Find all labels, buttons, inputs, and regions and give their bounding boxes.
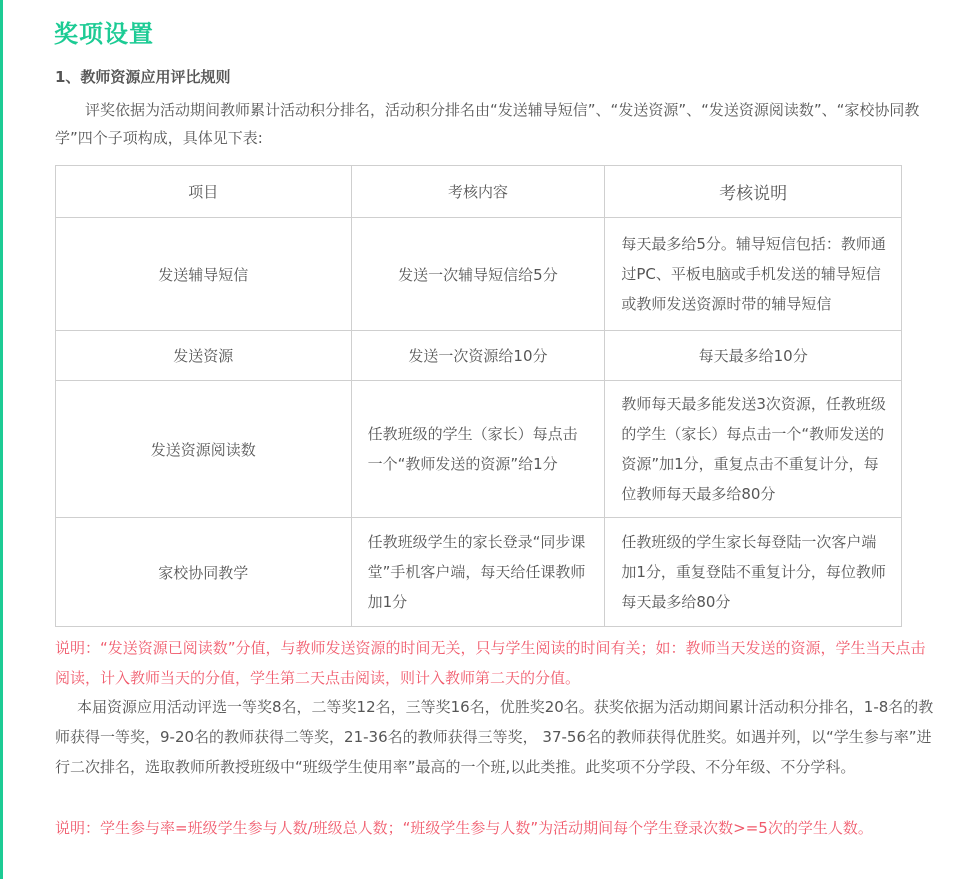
cell-content: 任教班级学生的家长登录“同步课堂”手机客户端，每天给任课教师加1分 — [351, 518, 605, 627]
cell-item: 家校协同教学 — [56, 518, 352, 627]
cell-item: 发送资源 — [56, 331, 352, 381]
cell-content: 发送一次辅导短信给5分 — [351, 218, 605, 331]
table-row: 发送辅导短信 发送一次辅导短信给5分 每天最多给5分。辅导短信包括：教师通过PC… — [56, 218, 902, 331]
section-heading: 1、教师资源应用评比规则 — [55, 66, 230, 88]
note-read-count: 说明：“发送资源已阅读数”分值，与教师发送资源的时间无关，只与学生阅读的时间有关… — [55, 633, 935, 693]
intro-paragraph: 评奖依据为活动期间教师累计活动积分排名，活动积分排名由“发送辅导短信”、“发送资… — [55, 96, 935, 152]
left-accent-bar — [0, 0, 3, 879]
header-content: 考核内容 — [351, 166, 605, 218]
cell-item: 发送资源阅读数 — [56, 381, 352, 518]
cell-content: 发送一次资源给10分 — [351, 331, 605, 381]
note-participation-rate: 说明：学生参与率=班级学生参与人数/班级总人数；“班级学生参与人数”为活动期间每… — [55, 813, 915, 843]
table-row: 发送资源阅读数 任教班级的学生（家长）每点击一个“教师发送的资源”给1分 教师每… — [56, 381, 902, 518]
table-row: 发送资源 发送一次资源给10分 每天最多给10分 — [56, 331, 902, 381]
cell-description: 每天最多给5分。辅导短信包括：教师通过PC、平板电脑或手机发送的辅导短信或教师发… — [605, 218, 902, 331]
table-row: 家校协同教学 任教班级学生的家长登录“同步课堂”手机客户端，每天给任课教师加1分… — [56, 518, 902, 627]
awards-paragraph: 本届资源应用活动评选一等奖8名，二等奖12名，三等奖16名，优胜奖20名。获奖依… — [55, 692, 935, 782]
page-title: 奖项设置 — [54, 18, 154, 50]
cell-description: 教师每天最多能发送3次资源，任教班级的学生（家长）每点击一个“教师发送的资源”加… — [605, 381, 902, 518]
rules-table: 项目 考核内容 考核说明 发送辅导短信 发送一次辅导短信给5分 每天最多给5分。… — [55, 165, 902, 627]
header-description: 考核说明 — [605, 166, 902, 218]
cell-description: 任教班级的学生家长每登陆一次客户端加1分，重复登陆不重复计分，每位教师每天最多给… — [605, 518, 902, 627]
header-item: 项目 — [56, 166, 352, 218]
cell-content: 任教班级的学生（家长）每点击一个“教师发送的资源”给1分 — [351, 381, 605, 518]
cell-description: 每天最多给10分 — [605, 331, 902, 381]
table-header-row: 项目 考核内容 考核说明 — [56, 166, 902, 218]
cell-item: 发送辅导短信 — [56, 218, 352, 331]
